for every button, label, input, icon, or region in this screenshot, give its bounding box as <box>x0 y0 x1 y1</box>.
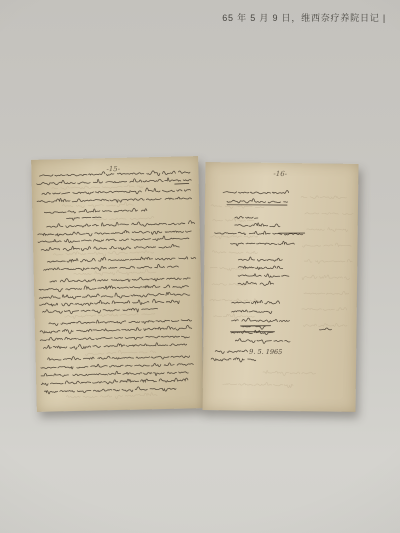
manuscript-page-left: -15- <box>31 156 204 412</box>
photo-caption: 65 年 5 月 9 日，维西奈疗养院日记 | <box>222 11 386 24</box>
manuscript-page-right: -16- 9. 5. 1965 <box>202 162 358 412</box>
handwriting-left <box>31 156 204 412</box>
svg-text:9. 5. 1965: 9. 5. 1965 <box>249 348 282 356</box>
photo-background: 65 年 5 月 9 日，维西奈疗养院日记 | -15- -16- 9. 5. … <box>0 0 400 533</box>
handwriting-right: 9. 5. 1965 <box>202 162 358 412</box>
